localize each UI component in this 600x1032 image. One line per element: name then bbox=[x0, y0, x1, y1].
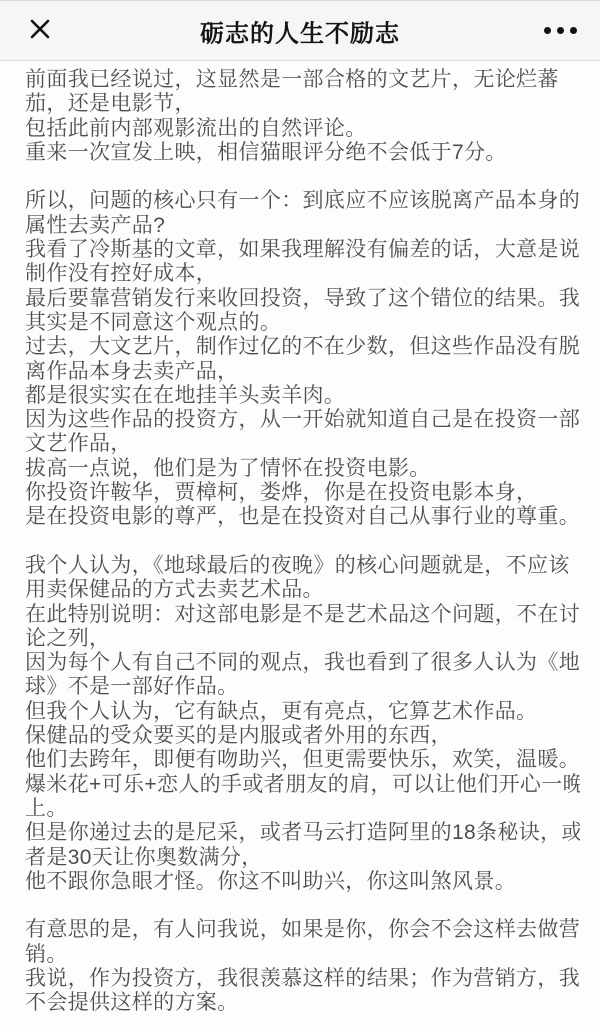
article-body: 前面我已经说过，这显然是一部合格的文艺片，无论烂蕃茄，还是电影节，包括此前内部观… bbox=[0, 61, 600, 1016]
paragraph: 所以，问题的核心只有一个：到底应不应该脱离产品本身的属性去卖产品?我看了冷斯基的… bbox=[25, 189, 580, 529]
text-line: 属性去卖产品? bbox=[25, 214, 580, 238]
article-viewer-window: 砺志的人生不励志 前面我已经说过，这显然是一部合格的文艺片，无论烂蕃茄，还是电影… bbox=[0, 0, 600, 1032]
text-line: 者是30天让你奥数满分， bbox=[25, 846, 580, 870]
text-line: 因为每个人有自己不同的观点，我也看到了很多人认为《地 bbox=[25, 651, 580, 675]
text-line: 最后要靠营销发行来收回投资，导致了这个错位的结果。我 bbox=[25, 287, 580, 311]
paragraph: 前面我已经说过，这显然是一部合格的文艺片，无论烂蕃茄，还是电影节，包括此前内部观… bbox=[25, 68, 580, 165]
text-line: 论之列， bbox=[25, 627, 580, 651]
text-line: 保健品的受众要买的是内服或者外用的东西， bbox=[25, 724, 580, 748]
text-line: 离作品本身去卖产品， bbox=[25, 360, 580, 384]
text-line: 他不跟你急眼才怪。你这不叫助兴，你这叫煞风景。 bbox=[25, 870, 580, 894]
text-line: 有意思的是，有人问我说，如果是你，你会不会这样去做营 bbox=[25, 918, 580, 942]
text-line: 都是很实实在在地挂羊头卖羊肉。 bbox=[25, 384, 580, 408]
text-line: 我看了冷斯基的文章，如果我理解没有偏差的话，大意是说 bbox=[25, 238, 580, 262]
text-line: 不会提供这样的方案。 bbox=[25, 991, 580, 1015]
text-line: 球》不是一部好作品。 bbox=[25, 675, 580, 699]
page-title: 砺志的人生不励志 bbox=[200, 13, 400, 48]
ellipsis-icon bbox=[544, 27, 577, 34]
text-line: 上。 bbox=[25, 797, 580, 821]
paragraph: 我个人认为，《地球最后的夜晚》的核心问题就是，不应该用卖保健品的方式去卖艺术品。… bbox=[25, 554, 580, 894]
close-button[interactable] bbox=[20, 11, 60, 51]
text-line: 拔高一点说，他们是为了情怀在投资电影。 bbox=[25, 457, 580, 481]
text-line: 茄，还是电影节， bbox=[25, 92, 580, 116]
text-line: 包括此前内部观影流出的自然评论。 bbox=[25, 117, 580, 141]
text-line: 因为这些作品的投资方，从一开始就知道自己是在投资一部 bbox=[25, 408, 580, 432]
text-line: 但我个人认为，它有缺点，更有亮点，它算艺术作品。 bbox=[25, 700, 580, 724]
text-line: 用卖保健品的方式去卖艺术品。 bbox=[25, 578, 580, 602]
text-line: 文艺作品， bbox=[25, 432, 580, 456]
text-line: 爆米花+可乐+恋人的手或者朋友的肩，可以让他们开心一晚 bbox=[25, 773, 580, 797]
text-line: 所以，问题的核心只有一个：到底应不应该脱离产品本身的 bbox=[25, 189, 580, 213]
text-line: 他们去跨年，即便有吻助兴，但更需要快乐，欢笑，温暖。 bbox=[25, 748, 580, 772]
text-line: 我说，作为投资方，我很羡慕这样的结果；作为营销方，我 bbox=[25, 967, 580, 991]
text-line: 在此特别说明：对这部电影是不是艺术品这个问题，不在讨 bbox=[25, 603, 580, 627]
text-line: 制作没有控好成本， bbox=[25, 262, 580, 286]
close-icon bbox=[27, 16, 53, 45]
text-line: 是在投资电影的尊严，也是在投资对自己从事行业的尊重。 bbox=[25, 505, 580, 529]
text-line: 我个人认为，《地球最后的夜晚》的核心问题就是，不应该 bbox=[25, 554, 580, 578]
more-button[interactable] bbox=[540, 11, 580, 51]
text-line: 重来一次宣发上映，相信猫眼评分绝不会低于7分。 bbox=[25, 141, 580, 165]
text-line: 前面我已经说过，这显然是一部合格的文艺片，无论烂蕃 bbox=[25, 68, 580, 92]
text-line: 但是你递过去的是尼采，或者马云打造阿里的18条秘诀，或 bbox=[25, 821, 580, 845]
navbar: 砺志的人生不励志 bbox=[0, 1, 600, 61]
text-line: 其实是不同意这个观点的。 bbox=[25, 311, 580, 335]
paragraph: 有意思的是，有人问我说，如果是你，你会不会这样去做营销。我说，作为投资方，我很羡… bbox=[25, 918, 580, 1015]
text-line: 过去，大文艺片，制作过亿的不在少数，但这些作品没有脱 bbox=[25, 335, 580, 359]
text-line: 你投资许鞍华，贾樟柯，娄烨，你是在投资电影本身， bbox=[25, 481, 580, 505]
text-line: 销。 bbox=[25, 943, 580, 967]
